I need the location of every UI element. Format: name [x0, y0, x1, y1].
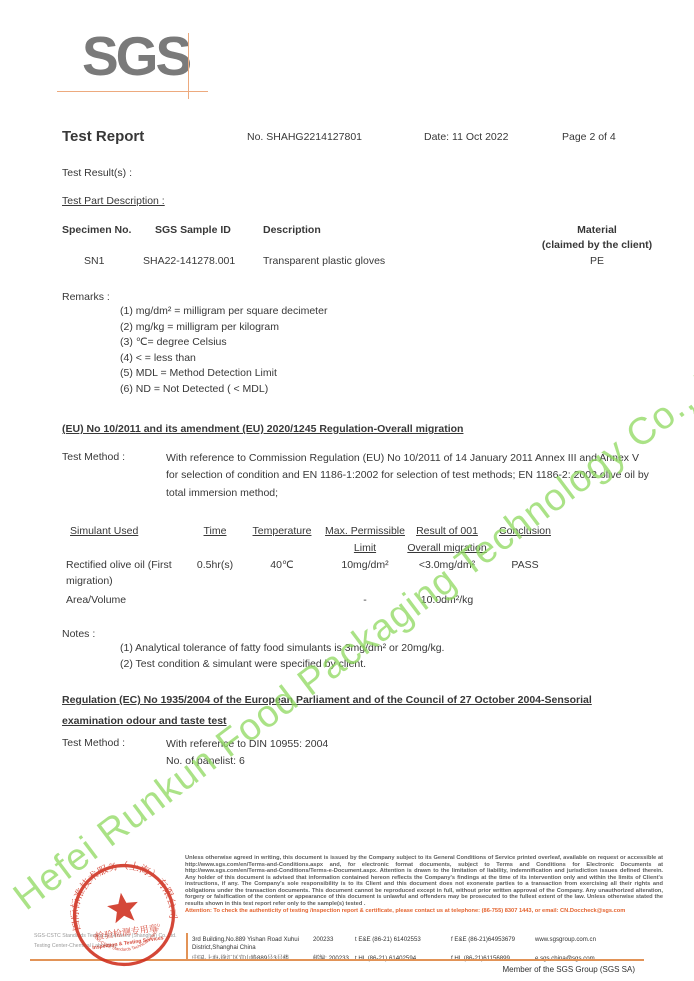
- description-value: Transparent plastic gloves: [263, 254, 385, 269]
- test-results-label: Test Result(s) :: [62, 166, 132, 181]
- specimen-table-header-description: Description: [263, 223, 321, 238]
- material-header-line1: Material: [540, 223, 654, 238]
- migration-header-temperature: Temperature: [241, 523, 323, 540]
- tel-ee: t E&E (86-21) 61402553: [355, 936, 451, 952]
- postal-code-en: 200233: [313, 936, 355, 952]
- material-header-line2: (claimed by the client): [540, 238, 654, 253]
- remark-item: (5) MDL = Method Detection Limit: [120, 366, 327, 382]
- eu-regulation-heading: (EU) No 10/2011 and its amendment (EU) 2…: [62, 423, 652, 435]
- sample-id-value: SHA22-141278.001: [143, 254, 235, 269]
- migration-row1-time: 0.5hr(s): [184, 558, 246, 574]
- report-date: Date: 11 Oct 2022: [424, 131, 508, 143]
- remark-item: (3) ℃= degree Celsius: [120, 335, 327, 351]
- migration-row1-temperature: 40℃: [241, 558, 323, 574]
- test-report-page: SGS Test Report No. SHAHG2214127801 Date…: [0, 0, 694, 981]
- remark-item: (2) mg/kg = milligram per kilogram: [120, 320, 327, 336]
- sgs-logo: SGS: [82, 26, 189, 86]
- ec-regulation-heading: Regulation (EC) No 1935/2004 of the Euro…: [62, 690, 640, 732]
- report-number: No. SHAHG2214127801: [247, 131, 362, 143]
- stamp-star-icon: [106, 891, 141, 924]
- remark-item: (4) < = less than: [120, 351, 327, 367]
- address-en: 3rd Building,No.889 Yishan Road Xuhui Di…: [192, 936, 313, 952]
- fax-ee: f E&E (86-21)64953679: [451, 936, 535, 952]
- migration-row2-simulant: Area/Volume: [66, 593, 188, 609]
- notes-label: Notes :: [62, 627, 95, 642]
- specimen-table: Specimen No. SGS Sample ID Description M…: [62, 223, 654, 279]
- note-item: (2) Test condition & simulant were speci…: [120, 657, 444, 673]
- test-part-description-label: Test Part Description :: [62, 194, 165, 209]
- legal-text: Unless otherwise agreed in writing, this…: [185, 855, 663, 907]
- specimen-no-value: SN1: [84, 254, 104, 269]
- watermark-text: Hefei Runkun Food Packaging Technology C…: [6, 331, 694, 919]
- migration-header-simulant: Simulant Used: [70, 523, 192, 540]
- attention-text: Attention: To check the authenticity of …: [185, 908, 663, 915]
- legal-fine-print: Unless otherwise agreed in writing, this…: [185, 855, 663, 915]
- test-method-label-2: Test Method :: [62, 736, 125, 751]
- logo-crosshair-vertical-line: [188, 33, 189, 99]
- logo-crosshair-horizontal-line: [57, 91, 208, 92]
- remark-item: (1) mg/dm² = milligram per square decime…: [120, 304, 327, 320]
- migration-row1-simulant: Rectified olive oil (First migration): [66, 558, 188, 589]
- sgs-group-member-text: Member of the SGS Group (SGS SA): [455, 965, 635, 974]
- material-value: PE: [540, 254, 654, 269]
- specimen-table-header-specimen-no: Specimen No.: [62, 223, 131, 238]
- migration-header-time: Time: [184, 523, 246, 540]
- remarks-list: (1) mg/dm² = milligram per square decime…: [120, 304, 327, 398]
- remark-item: (6) ND = Not Detected ( < MDL): [120, 382, 327, 398]
- remarks-label: Remarks :: [62, 290, 110, 305]
- notes-list: (1) Analytical tolerance of fatty food s…: [120, 641, 444, 673]
- specimen-table-header-sample-id: SGS Sample ID: [155, 223, 231, 238]
- overall-migration-table: Simulant Used Time Temperature Max. Perm…: [62, 523, 642, 618]
- page-indicator: Page 2 of 4: [562, 131, 616, 143]
- test-method-label: Test Method :: [62, 450, 125, 465]
- specimen-table-header-material: Material (claimed by the client): [540, 223, 654, 253]
- report-title: Test Report: [62, 128, 144, 145]
- website: www.sgsgroup.com.cn: [535, 936, 654, 952]
